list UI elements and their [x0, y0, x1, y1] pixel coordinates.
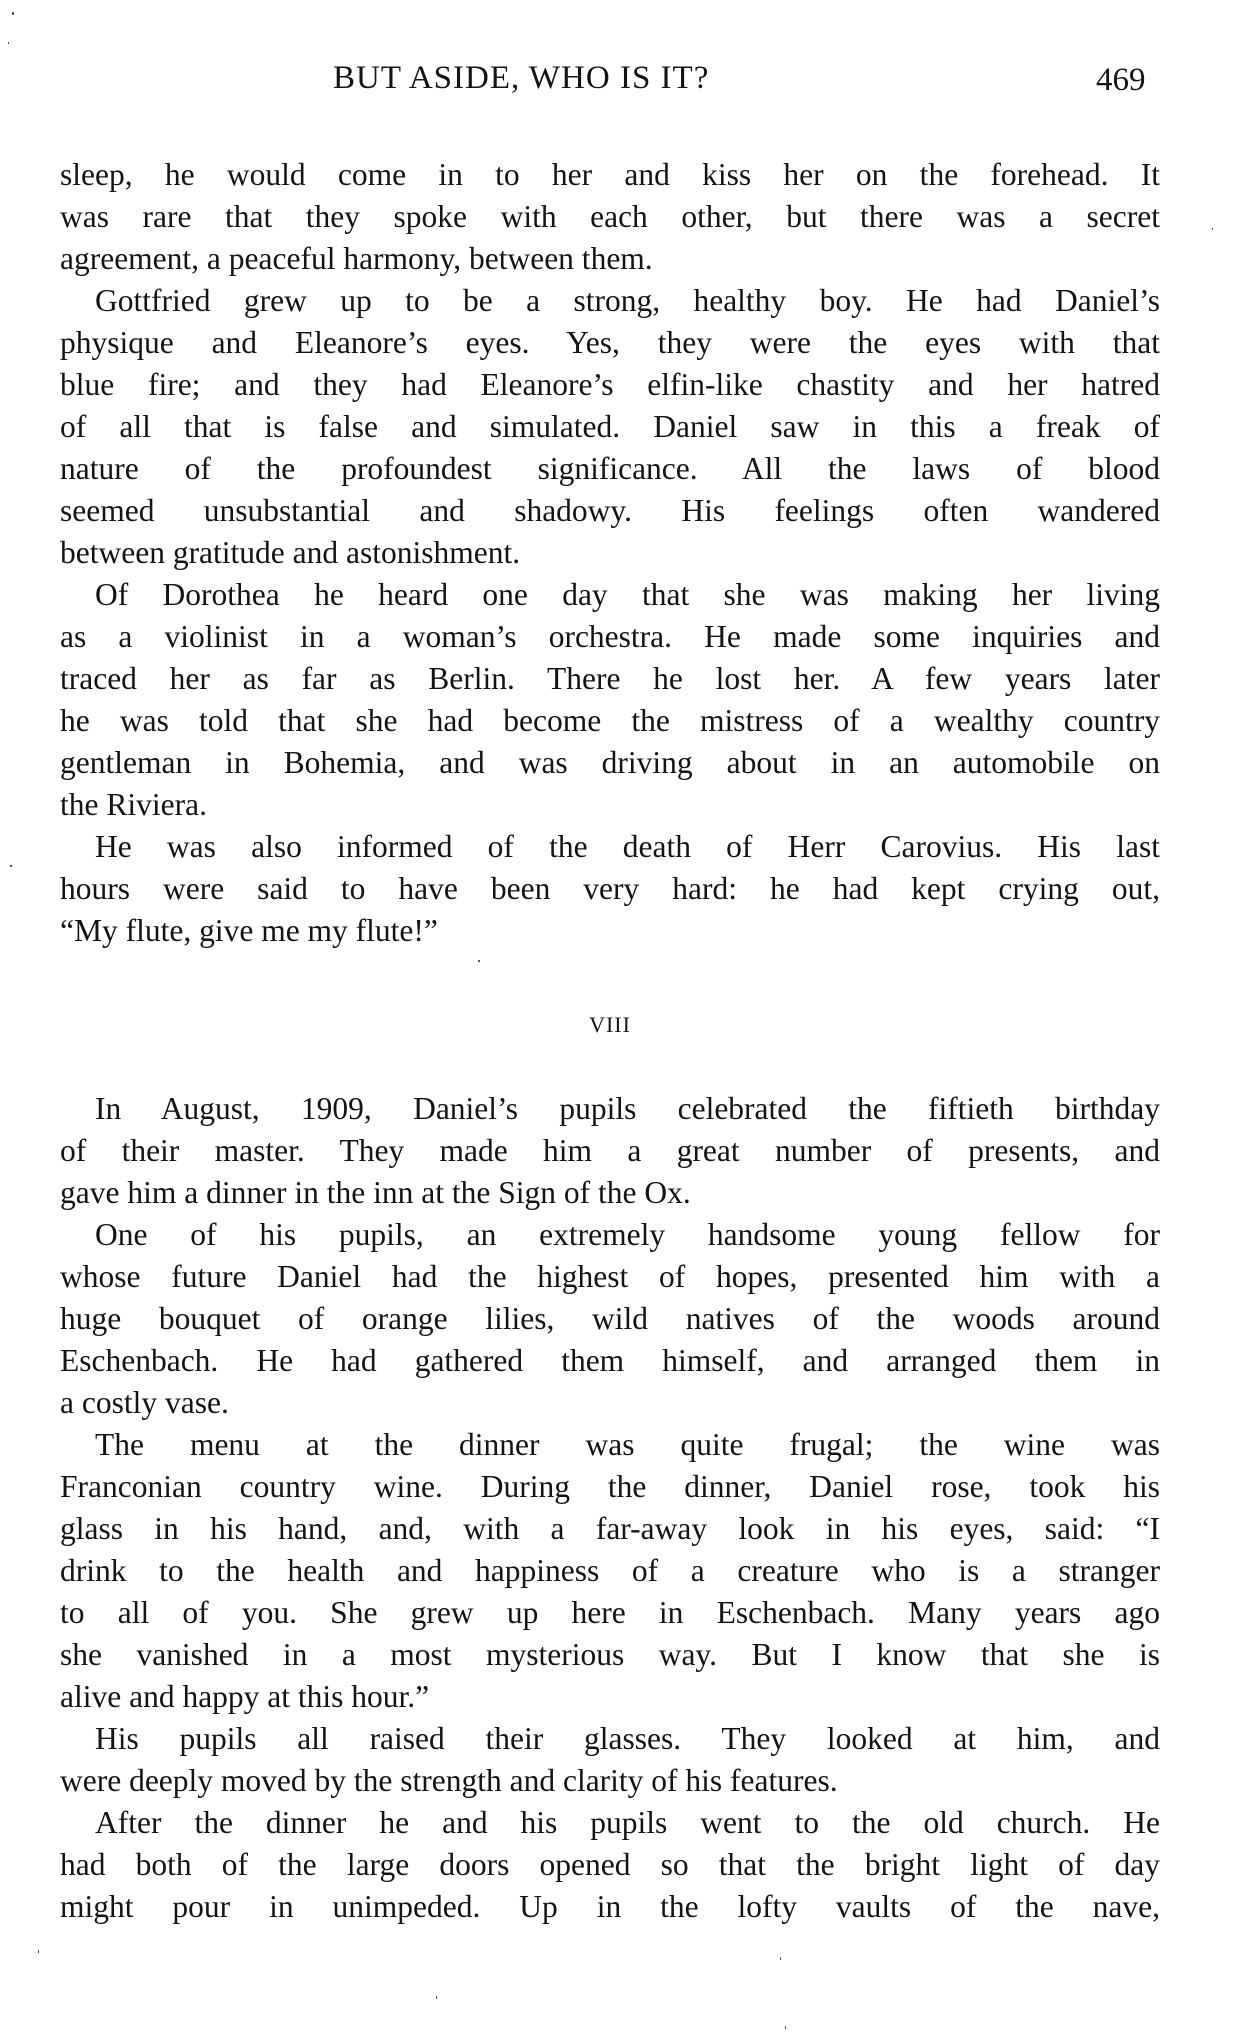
paragraph: One of his pupils, an extremely handsome…	[60, 1214, 1160, 1424]
text-line: gave him a dinner in the inn at the Sign…	[60, 1172, 1160, 1214]
section-spacer	[60, 1046, 1160, 1088]
text-line: The menu at the dinner was quite frugal;…	[60, 1424, 1160, 1466]
text-line: In August, 1909, Daniel’s pupils celebra…	[60, 1088, 1160, 1130]
text-line: agreement, a peaceful harmony, between t…	[60, 238, 1160, 280]
text-line: hours were said to have been very hard: …	[60, 868, 1160, 910]
scan-speck	[780, 1957, 781, 1960]
scan-speck	[12, 12, 14, 15]
paragraph: The menu at the dinner was quite frugal;…	[60, 1424, 1160, 1718]
scan-speck	[478, 960, 480, 962]
scan-speck	[1212, 228, 1213, 230]
text-line: Franconian country wine. During the dinn…	[60, 1466, 1160, 1508]
text-line: whose future Daniel had the highest of h…	[60, 1256, 1160, 1298]
scan-speck	[38, 1950, 39, 1953]
text-line: as a violinist in a woman’s orchestra. H…	[60, 616, 1160, 658]
paragraph: After the dinner he and his pupils went …	[60, 1802, 1160, 1928]
section-heading: VIII	[60, 1004, 1160, 1046]
text-line: the Riviera.	[60, 784, 1160, 826]
paragraph: sleep, he would come in to her and kiss …	[60, 154, 1160, 280]
page-number: 469	[1096, 60, 1146, 100]
book-page: BUT ASIDE, WHO IS IT? 469 sleep, he woul…	[0, 0, 1234, 2033]
text-line: sleep, he would come in to her and kiss …	[60, 154, 1160, 196]
scan-speck	[785, 2026, 786, 2029]
text-line: alive and happy at this hour.”	[60, 1676, 1160, 1718]
text-line: blue fire; and they had Eleanore’s elfin…	[60, 364, 1160, 406]
text-line: she vanished in a most mysterious way. B…	[60, 1634, 1160, 1676]
text-line: glass in his hand, and, with a far-away …	[60, 1508, 1160, 1550]
text-line: had both of the large doors opened so th…	[60, 1844, 1160, 1886]
text-line: he was told that she had become the mist…	[60, 700, 1160, 742]
text-line: of all that is false and simulated. Dani…	[60, 406, 1160, 448]
text-line: were deeply moved by the strength and cl…	[60, 1760, 1160, 1802]
text-line: “My flute, give me my flute!”	[60, 910, 1160, 952]
text-line: a costly vase.	[60, 1382, 1160, 1424]
scan-speck	[10, 865, 12, 867]
text-line: After the dinner he and his pupils went …	[60, 1802, 1160, 1844]
scan-speck	[436, 1996, 437, 1999]
running-title: BUT ASIDE, WHO IS IT?	[333, 58, 709, 98]
scan-speck	[8, 42, 9, 44]
text-line: physique and Eleanore’s eyes. Yes, they …	[60, 322, 1160, 364]
paragraph: Gottfried grew up to be a strong, health…	[60, 280, 1160, 574]
text-line: He was also informed of the death of Her…	[60, 826, 1160, 868]
paragraph: He was also informed of the death of Her…	[60, 826, 1160, 952]
text-line: traced her as far as Berlin. There he lo…	[60, 658, 1160, 700]
text-line: Of Dorothea he heard one day that she wa…	[60, 574, 1160, 616]
text-line: Eschenbach. He had gathered them himself…	[60, 1340, 1160, 1382]
text-line: His pupils all raised their glasses. The…	[60, 1718, 1160, 1760]
text-line: seemed unsubstantial and shadowy. His fe…	[60, 490, 1160, 532]
text-line: of their master. They made him a great n…	[60, 1130, 1160, 1172]
text-line: nature of the profoundest significance. …	[60, 448, 1160, 490]
text-line: was rare that they spoke with each other…	[60, 196, 1160, 238]
text-line: might pour in unimpeded. Up in the lofty…	[60, 1886, 1160, 1928]
paragraph: Of Dorothea he heard one day that she wa…	[60, 574, 1160, 826]
text-line: to all of you. She grew up here in Esche…	[60, 1592, 1160, 1634]
text-line: Gottfried grew up to be a strong, health…	[60, 280, 1160, 322]
section-spacer	[60, 952, 1160, 1004]
paragraph: His pupils all raised their glasses. The…	[60, 1718, 1160, 1802]
paragraph: In August, 1909, Daniel’s pupils celebra…	[60, 1088, 1160, 1214]
text-line: between gratitude and astonishment.	[60, 532, 1160, 574]
text-line: drink to the health and happiness of a c…	[60, 1550, 1160, 1592]
text-line: huge bouquet of orange lilies, wild nati…	[60, 1298, 1160, 1340]
body-text: sleep, he would come in to her and kiss …	[60, 154, 1160, 1928]
text-line: gentleman in Bohemia, and was driving ab…	[60, 742, 1160, 784]
text-line: One of his pupils, an extremely handsome…	[60, 1214, 1160, 1256]
